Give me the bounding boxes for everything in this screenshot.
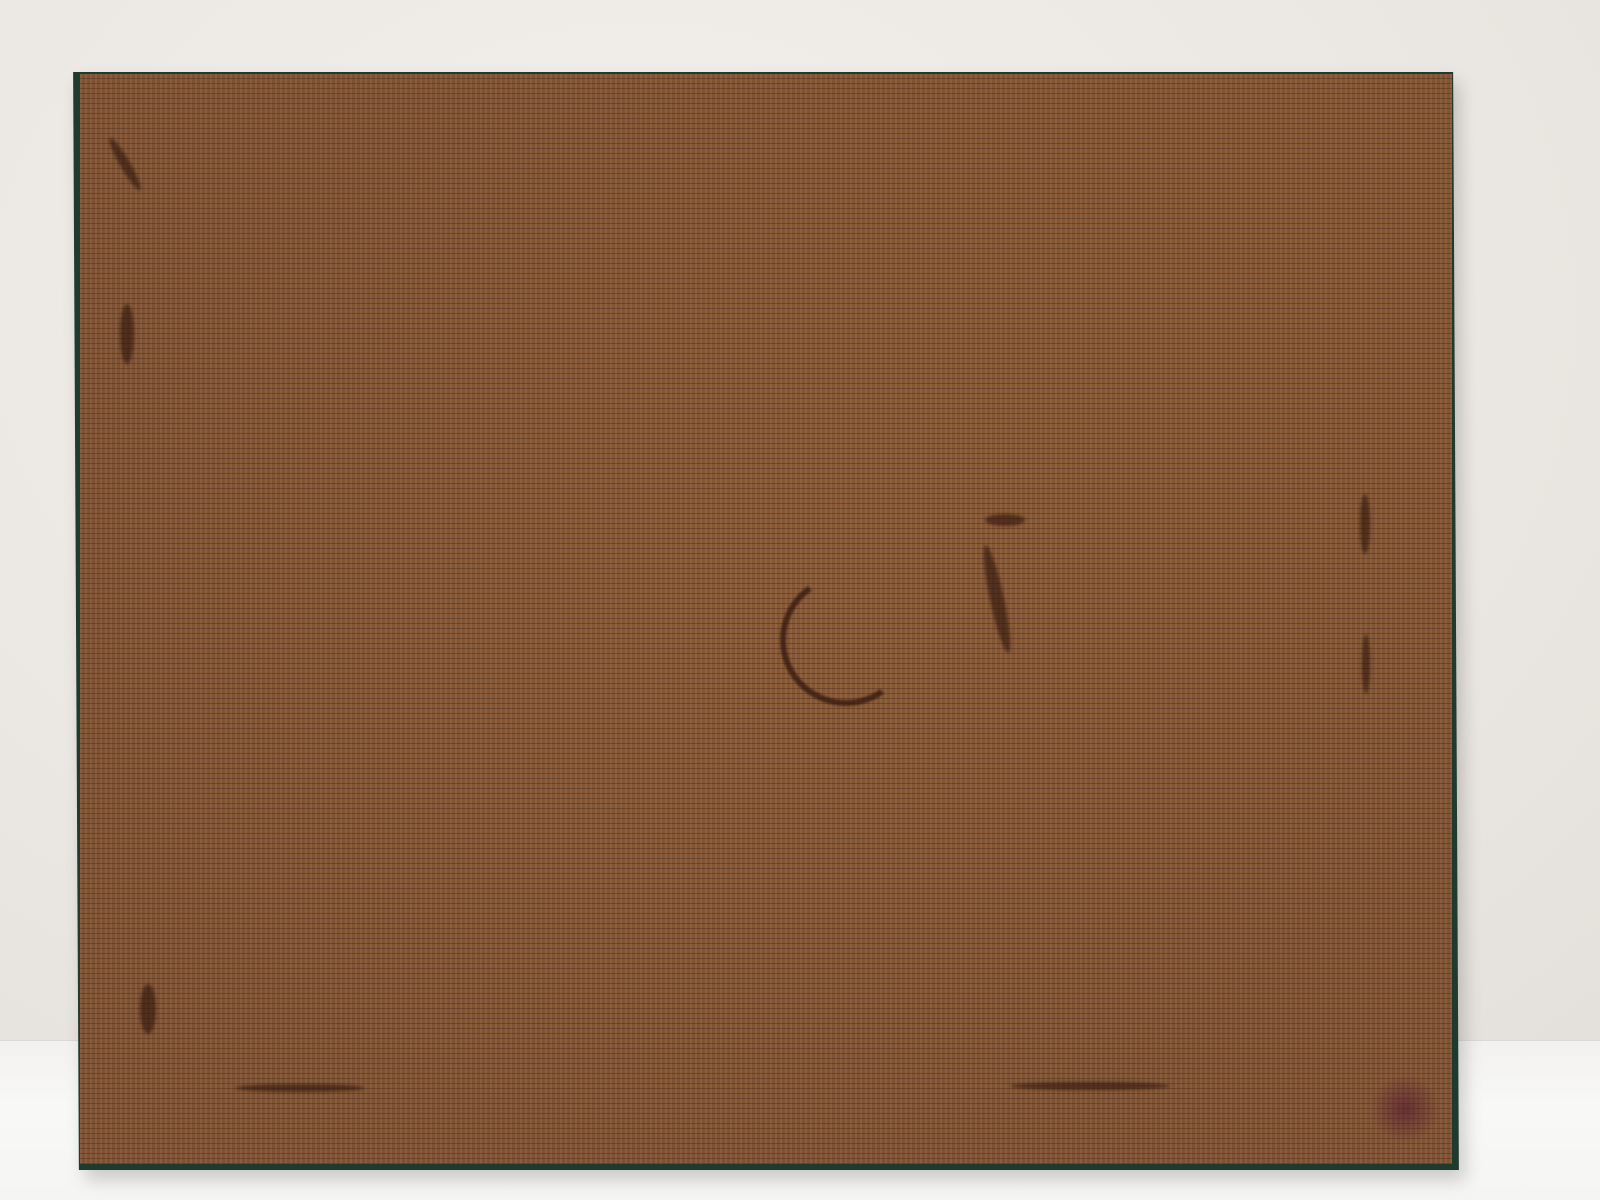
edge-mark-right: [1360, 494, 1370, 554]
handwritten-mark-hook: [985, 514, 1025, 526]
bottom-mark-right: [1010, 1082, 1170, 1090]
handwritten-mark-arc: [770, 564, 923, 717]
edge-mark-left: [120, 304, 134, 364]
edge-mark-top-left: [106, 136, 145, 193]
handwritten-mark-stroke: [979, 544, 1016, 655]
edge-mark-right-lower: [1362, 634, 1370, 694]
corner-mark-bottom-left: [140, 984, 156, 1034]
bottom-mark-left: [235, 1084, 365, 1092]
corner-stain-bottom-right: [1370, 1074, 1440, 1144]
hardboard-panel-back: [80, 74, 1452, 1164]
